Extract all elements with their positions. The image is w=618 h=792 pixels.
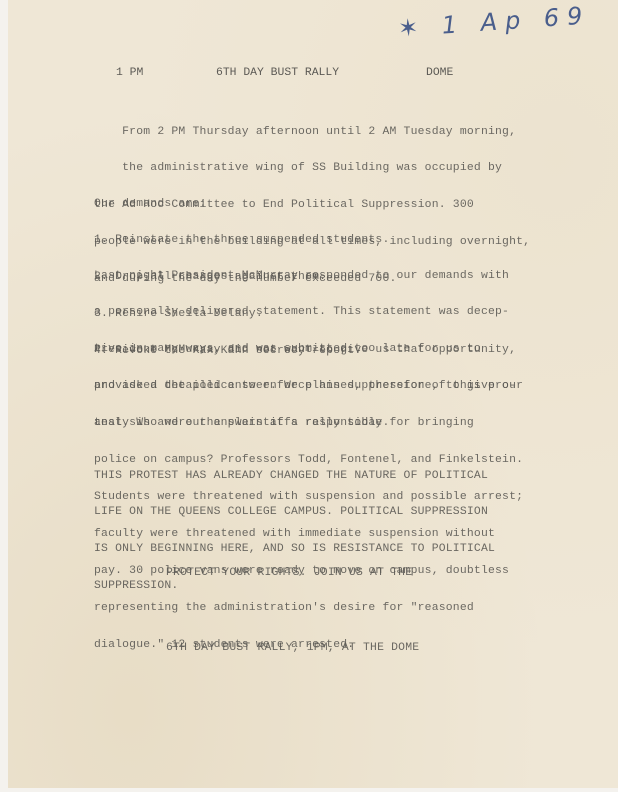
text-line: and asked the police to enforce his supp… (94, 380, 523, 392)
text-line: 6TH DAY BUST RALLY, 1PM, AT THE DOME (166, 636, 419, 661)
document-page: ✶ 1 Ap 69 1 PM 6TH DAY BUST RALLY DOME F… (8, 0, 618, 788)
demands-intro: Our demands are: (94, 198, 390, 210)
handwritten-date-note: ✶ 1 Ap 69 (397, 1, 591, 42)
header-title: 6TH DAY BUST RALLY (216, 67, 339, 79)
text-line: THIS PROTEST HAS ALREADY CHANGED THE NAT… (94, 470, 495, 482)
text-line: PROTECT YOUR RIGHTS. JOIN US AT THE (166, 561, 419, 586)
closing-call-to-action: PROTECT YOUR RIGHTS. JOIN US AT THE 6TH … (166, 511, 419, 711)
header-time: 1 PM (116, 67, 143, 79)
text-line: From 2 PM Thursday afternoon until 2 AM … (94, 126, 530, 138)
text-line: President McMurray did not want to give … (94, 344, 523, 356)
header-location: DOME (426, 67, 453, 79)
text-line: test. Who were the plaintiffs responsibl… (94, 417, 523, 429)
text-line: Last night President McMurray responded … (94, 270, 523, 282)
text-line: a personally delivered statement. This s… (94, 306, 523, 318)
